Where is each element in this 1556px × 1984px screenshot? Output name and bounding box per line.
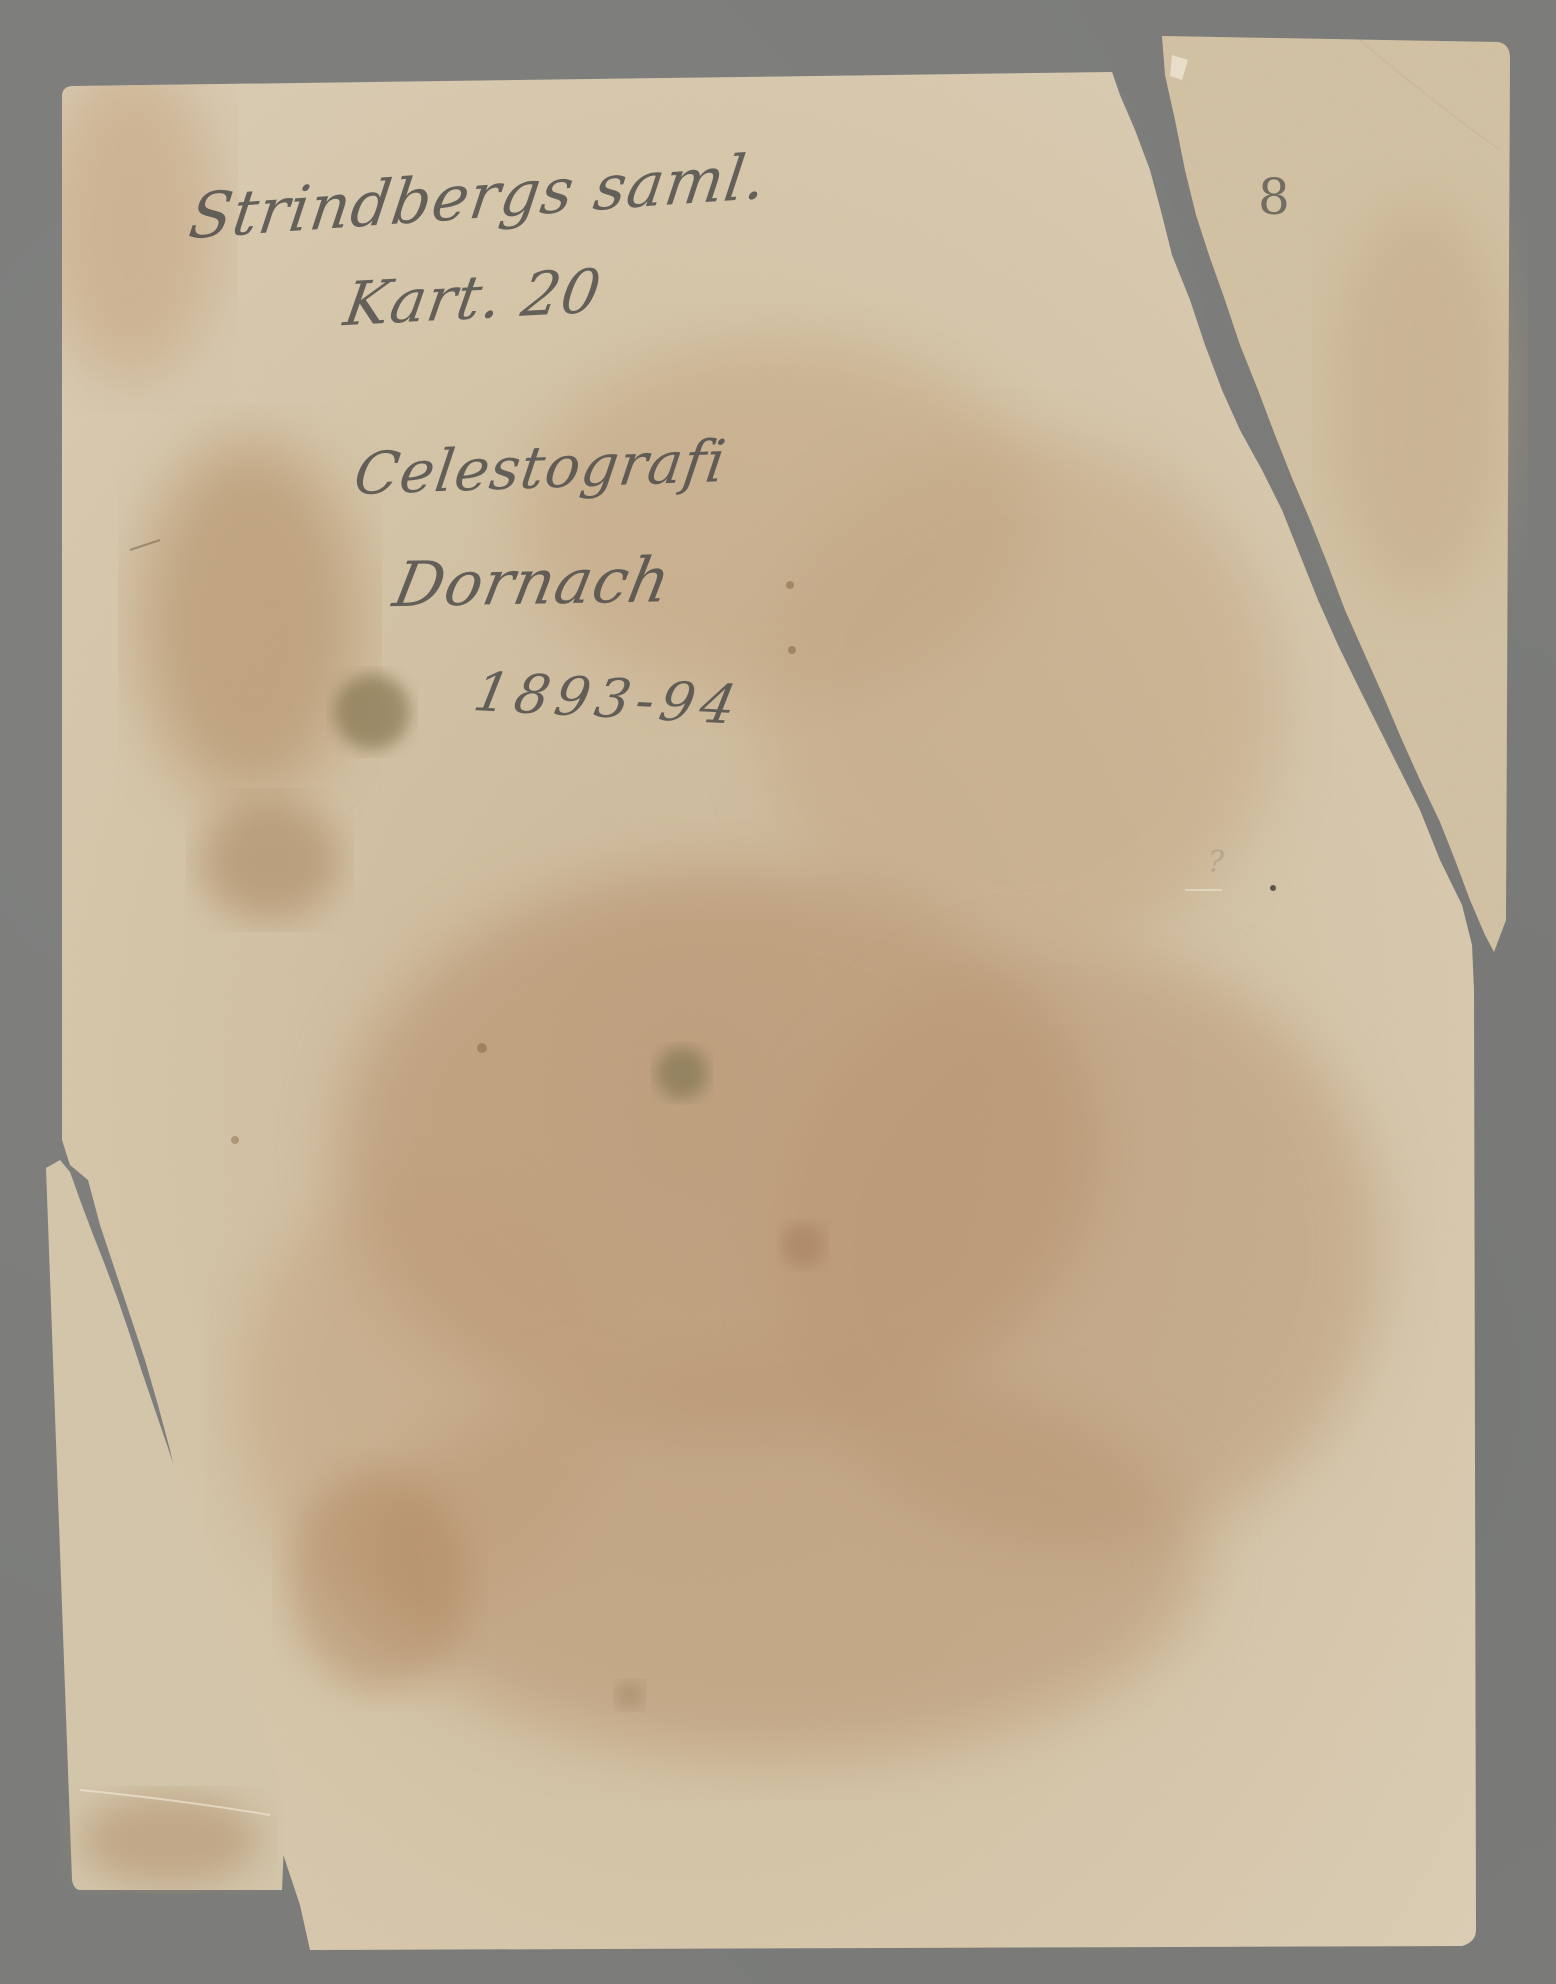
scanned-document: [0, 0, 1556, 1984]
place-label: Dornach: [388, 543, 677, 621]
faint-question-mark: ?: [1208, 845, 1225, 880]
fragment-number-label: 8: [1258, 168, 1291, 226]
box-number-label: Kart. 20: [339, 256, 606, 340]
category-label: Celestografi: [350, 427, 730, 508]
